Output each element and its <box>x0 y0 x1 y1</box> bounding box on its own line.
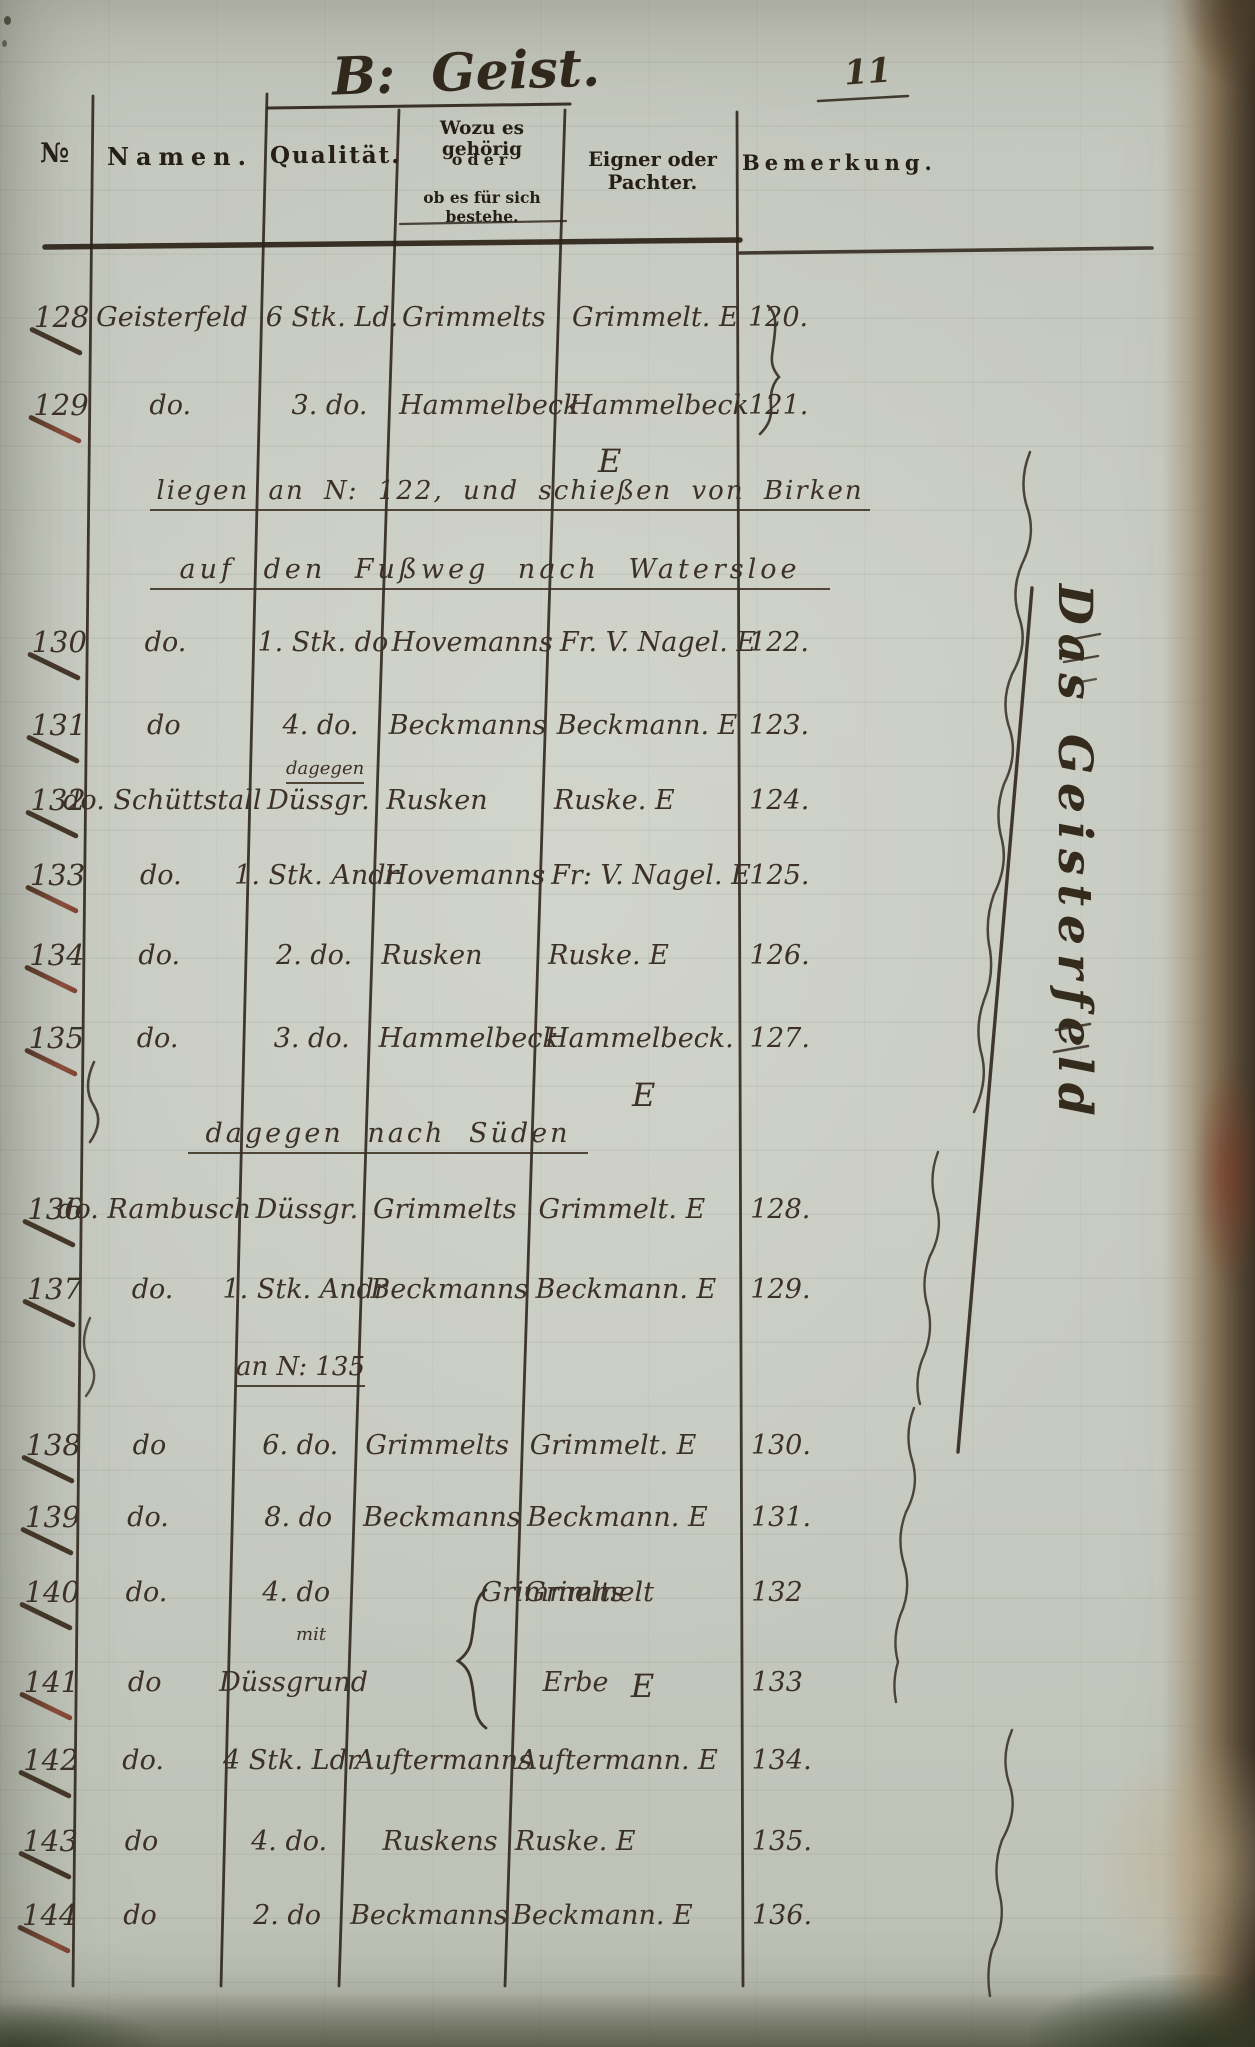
note-liegen-an: liegen an N: 122, und schießen von Birke… <box>150 476 870 511</box>
row-140-qualitaet: 4. do <box>201 1577 391 1608</box>
row-129-wozu: Hammelbeck <box>399 390 579 421</box>
row-133-nr: 125. <box>749 860 809 891</box>
note-an-n135: an N: 135 <box>236 1352 365 1387</box>
row-138-nr: 130. <box>751 1430 811 1461</box>
row-133-eigner: Fr: V. Nagel. E <box>551 860 751 891</box>
row-136-wozu: Grimmelts <box>373 1194 517 1225</box>
row-132-eigner: Ruske. E <box>554 785 675 816</box>
row-140-eigner: Grimmelt <box>524 1577 654 1608</box>
row-141-qualitaet: Düssgrund <box>199 1667 389 1698</box>
row-143-qualitaet: 4. do. <box>194 1826 384 1857</box>
row-144-nr: 136. <box>752 1900 812 1931</box>
page-number: 11 <box>843 50 893 93</box>
red-stain <box>1192 1060 1255 1290</box>
e-mark-under-129: E <box>598 442 621 480</box>
header-namen: Namen. <box>100 142 260 171</box>
row-132-nr: 124. <box>749 785 809 816</box>
row-128-qualitaet: 6 Stk. Ld. <box>237 302 427 333</box>
row-143-wozu: Ruskens <box>382 1826 497 1857</box>
note-fussweg: auf den Fußweg nach Watersloe <box>150 554 830 590</box>
row-130-wozu: Hovemanns <box>391 627 552 658</box>
row-130-nr: 122. <box>749 627 809 658</box>
row-131-qualitaet: 4. do. <box>226 710 416 741</box>
row-132-wozu: Rusken <box>386 785 487 816</box>
row-144-wozu: Beckmanns <box>350 1900 508 1931</box>
header-qualitaet: Qualität. <box>270 142 395 169</box>
page-title-prefix: B: <box>331 44 396 107</box>
page-edge-corner-top <box>1180 0 1255 90</box>
row-129-qualitaet: 3. do. <box>235 390 425 421</box>
row-141-nr: 133 <box>751 1667 803 1698</box>
row-139-nr: 131. <box>751 1502 811 1533</box>
row-129-nr: 121. <box>748 390 808 421</box>
page-title: B: Geist. <box>331 37 601 107</box>
row-135-eigner: Hammelbeck. <box>545 1023 734 1054</box>
row-131-eigner: Beckmann. E <box>557 710 738 741</box>
row-141-wozu: Erbe <box>543 1667 609 1698</box>
header-wozu-2: oder <box>402 150 562 169</box>
ink-speck <box>4 16 11 25</box>
row-131-wozu: Beckmanns <box>389 710 547 741</box>
row-135-nr: 127. <box>750 1023 810 1054</box>
row-139-eigner: Beckmann. E <box>527 1502 708 1533</box>
row-133-qualitaet: 1. Stk. Andr <box>221 860 411 891</box>
bottom-corner-dark <box>1030 1975 1255 2047</box>
row-137-nr: 129. <box>750 1274 810 1305</box>
row-136-nr: 128. <box>750 1194 810 1225</box>
row-142-wozu: Auftermanns <box>355 1745 532 1776</box>
e-mark-under-135: E <box>632 1076 655 1114</box>
margin-inscription: Das Geisterfeld <box>1047 584 1102 1125</box>
row-135-wozu: Hammelbeck <box>379 1023 559 1054</box>
row-129-eigner: Hammelbeck <box>569 390 749 421</box>
row-141-eigner: E <box>631 1667 654 1705</box>
row-137-wozu: Beckmanns <box>370 1274 528 1305</box>
row-132-qualitaet: Düssgr. <box>223 785 413 816</box>
note-dagegen-small: dagegen <box>286 758 364 784</box>
row-137-eigner: Beckmann. E <box>536 1274 717 1305</box>
row-134-eigner: Ruske. E <box>548 940 669 971</box>
row-142-eigner: Auftermann. E <box>518 1745 718 1776</box>
row-143-nr: 135. <box>752 1826 812 1857</box>
row-138-eigner: Grimmelt. E <box>530 1430 697 1461</box>
row-144-eigner: Beckmann. E <box>512 1900 693 1931</box>
row-140-nr: 132 <box>751 1577 803 1608</box>
row-134-wozu: Rusken <box>381 940 482 971</box>
note-mit-small: mit <box>296 1624 326 1645</box>
row-130-eigner: Fr. V. Nagel. E <box>560 627 756 658</box>
row-128-wozu: Grimmelts <box>402 302 546 333</box>
row-138-wozu: Grimmelts <box>365 1430 509 1461</box>
page-title-word: Geist. <box>430 37 601 104</box>
header-no: № <box>40 138 69 169</box>
header-bemerkung: Bemerkung. <box>742 150 917 175</box>
row-131-nr: 123. <box>749 710 809 741</box>
row-134-nr: 126. <box>750 940 810 971</box>
row-133-wozu: Hovemanns <box>384 860 545 891</box>
header-eigner: Eigner oder Pachter. <box>570 148 735 194</box>
row-128-nr: 120. <box>748 302 808 333</box>
bottom-left-dark <box>0 2005 160 2047</box>
header-wozu-3: ob es für sich bestehe. <box>398 188 566 226</box>
row-139-wozu: Beckmanns <box>363 1502 521 1533</box>
row-128-eigner: Grimmelt. E <box>572 302 739 333</box>
row-143-eigner: Ruske. E <box>515 1826 636 1857</box>
ink-speck <box>2 40 7 47</box>
row-136-eigner: Grimmelt. E <box>539 1194 706 1225</box>
note-dagegen-sueden: dagegen nach Süden <box>188 1118 588 1154</box>
page-curl-highlight <box>1090 1740 1255 1990</box>
row-130-qualitaet: 1. Stk. do <box>228 627 418 658</box>
row-142-nr: 134. <box>752 1745 812 1776</box>
document-page: B: Geist. 11 № Namen. Qualität. Wozu es … <box>0 0 1255 2047</box>
